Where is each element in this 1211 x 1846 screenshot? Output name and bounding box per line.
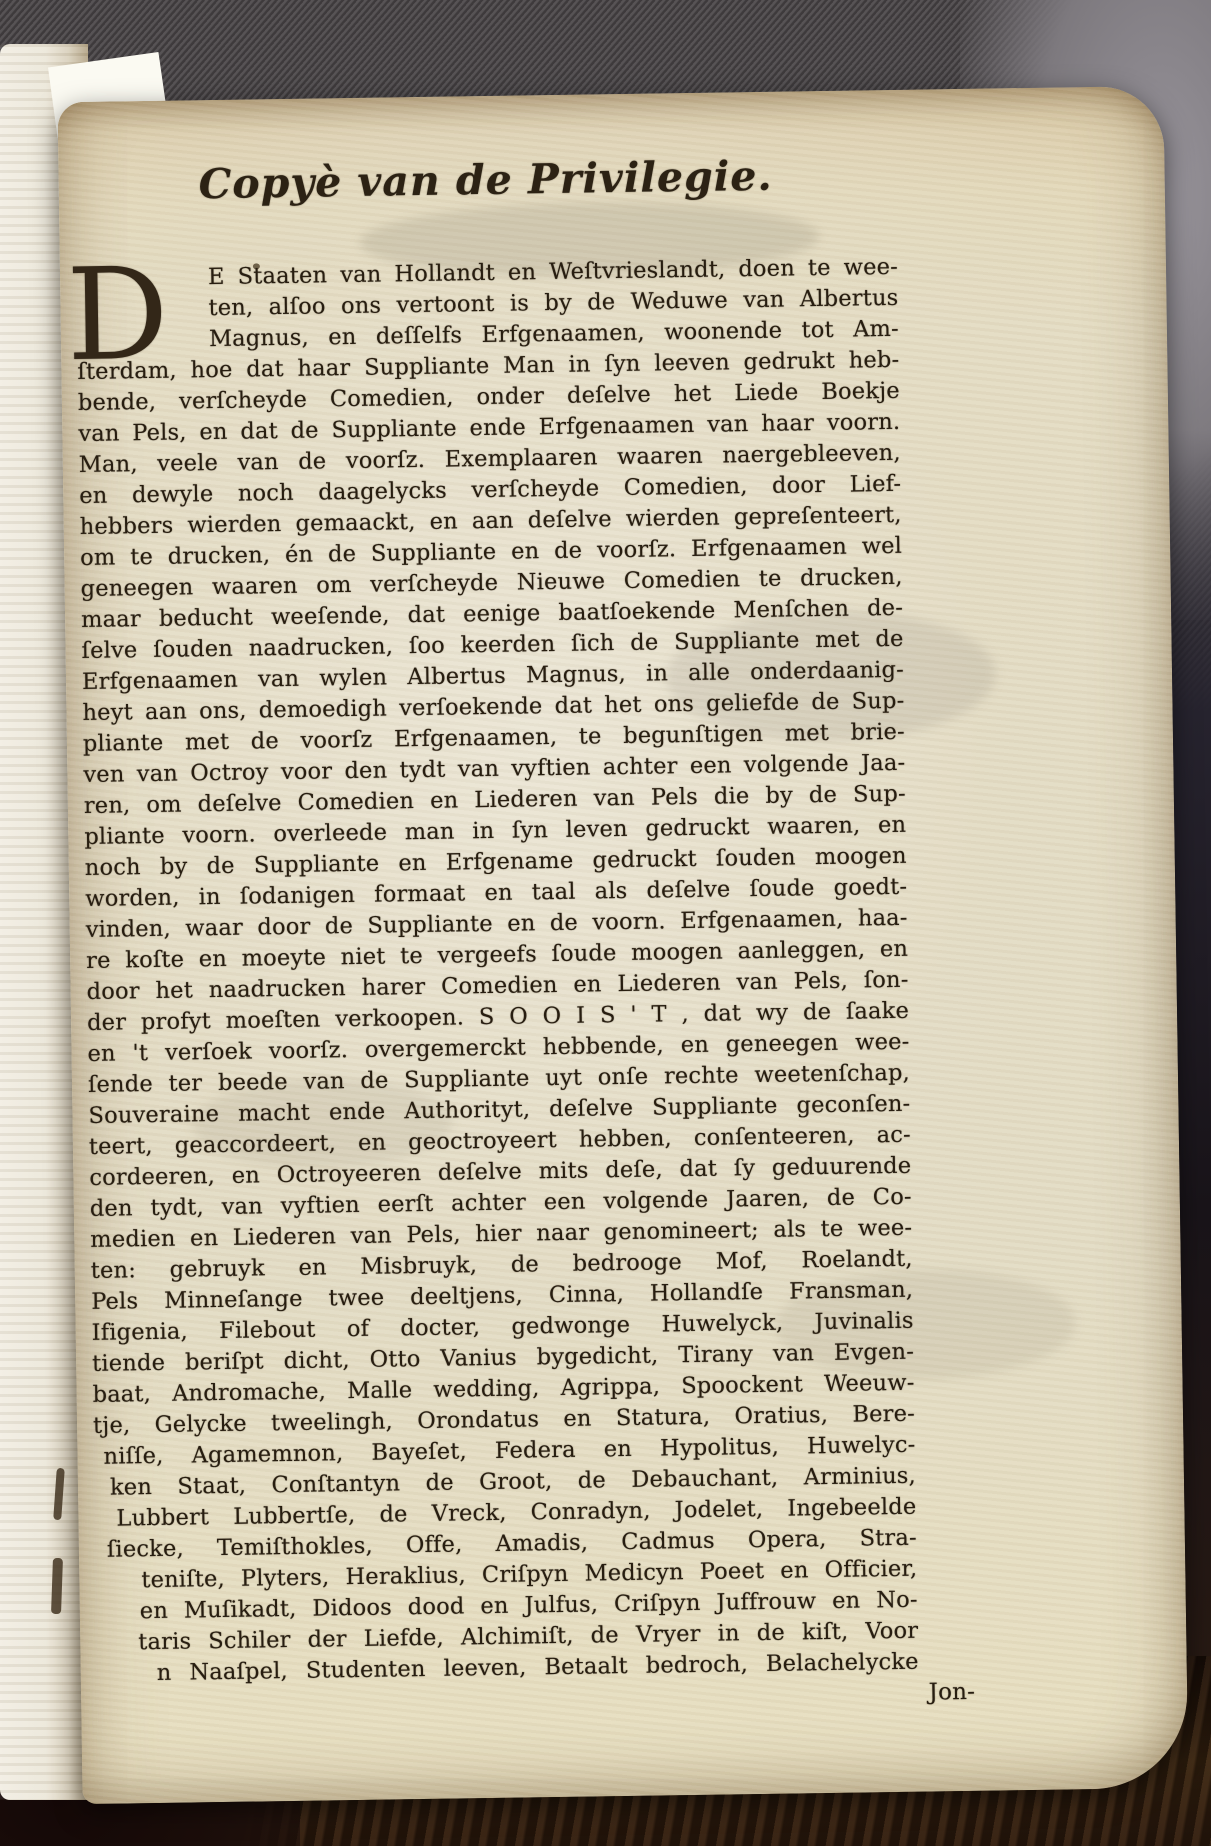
photo-of-book-page: Copyè van de Privilegie. D E Staaten van… [0,0,1211,1846]
body-text: E Staaten van Hollandt en Weſtvrieslandt… [76,252,920,1721]
ink-smudge [51,1558,63,1614]
book-page: Copyè van de Privilegie. D E Staaten van… [57,86,1188,1804]
